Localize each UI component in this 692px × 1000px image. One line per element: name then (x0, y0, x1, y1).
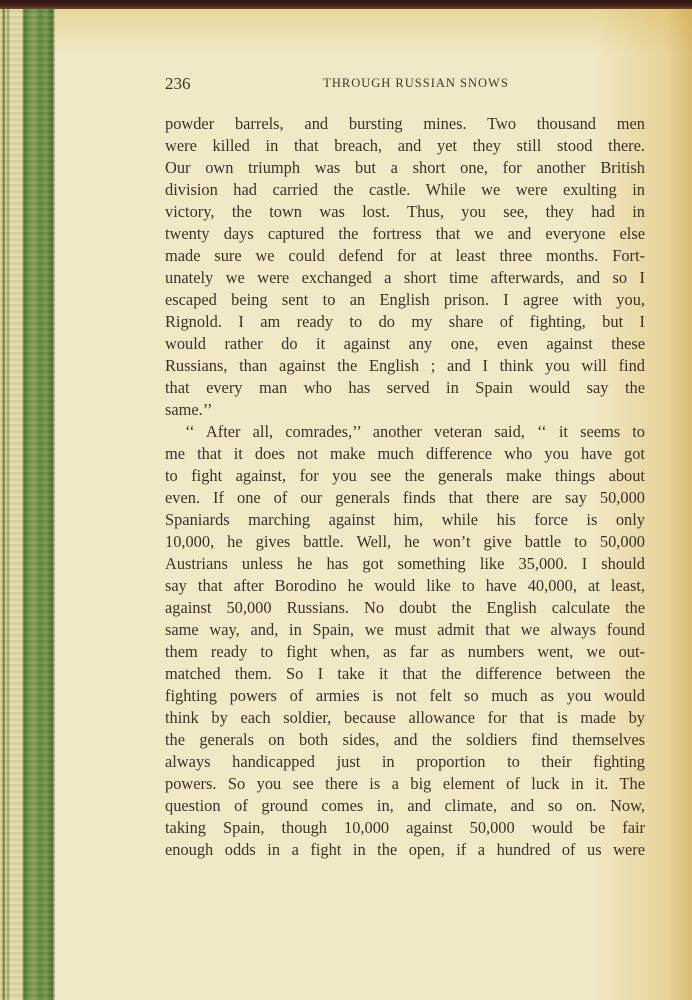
text-line: victory, the town was lost. Thus, you se… (165, 201, 645, 223)
text-line: unately we were exchanged a short time a… (165, 267, 645, 289)
text-line-paragraph-start: ‘‘ After all, comrades,’’ another vetera… (165, 421, 645, 443)
text-line: taking Spain, though 10,000 against 50,0… (165, 817, 645, 839)
text-line: the generals on both sides, and the sold… (165, 729, 645, 751)
text-line: matched them. So I take it that the diff… (165, 663, 645, 685)
text-line: division had carried the castle. While w… (165, 179, 645, 201)
text-line: to fight against, for you see the genera… (165, 465, 645, 487)
text-line: escaped being sent to an English prison.… (165, 289, 645, 311)
text-line: 10,000, he gives battle. Well, he won’t … (165, 531, 645, 553)
running-title: THROUGH RUSSIAN SNOWS (165, 76, 647, 91)
text-line: them ready to fight when, as far as numb… (165, 641, 645, 663)
text-line: same way, and, in Spain, we must admit t… (165, 619, 645, 641)
text-line: Our own triumph was but a short one, for… (165, 157, 645, 179)
text-line: think by each soldier, because allowance… (165, 707, 645, 729)
text-line: Rignold. I am ready to do my share of fi… (165, 311, 645, 333)
body-text: powder barrels, and bursting mines. Two … (165, 113, 645, 861)
page-edges-left (0, 9, 55, 1000)
text-line-paragraph-end: same.’’ (165, 399, 645, 421)
text-line: say that after Borodino he would like to… (165, 575, 645, 597)
text-line: that every man who has served in Spain w… (165, 377, 645, 399)
text-line: were killed in that breach, and yet they… (165, 135, 645, 157)
book-top-edge (0, 0, 692, 9)
text-line: made sure we could defend for at least t… (165, 245, 645, 267)
text-line: Spaniards marching against him, while hi… (165, 509, 645, 531)
text-line: twenty days captured the fortress that w… (165, 223, 645, 245)
text-line: enough odds in a fight in the open, if a… (165, 839, 645, 861)
text-line: powder barrels, and bursting mines. Two … (165, 113, 645, 135)
text-line: always handicapped just in proportion to… (165, 751, 645, 773)
text-line: me that it does not make much difference… (165, 443, 645, 465)
text-line: even. If one of our generals finds that … (165, 487, 645, 509)
text-line: against 50,000 Russians. No doubt the En… (165, 597, 645, 619)
text-line: powers. So you see there is a big elemen… (165, 773, 645, 795)
text-line: Russians, than against the English ; and… (165, 355, 645, 377)
text-line: would rather do it against any one, even… (165, 333, 645, 355)
text-line: question of ground comes in, and climate… (165, 795, 645, 817)
running-head: 236 THROUGH RUSSIAN SNOWS (165, 74, 647, 96)
text-line: Austrians unless he has got something li… (165, 553, 645, 575)
text-line: fighting powers of armies is not felt so… (165, 685, 645, 707)
